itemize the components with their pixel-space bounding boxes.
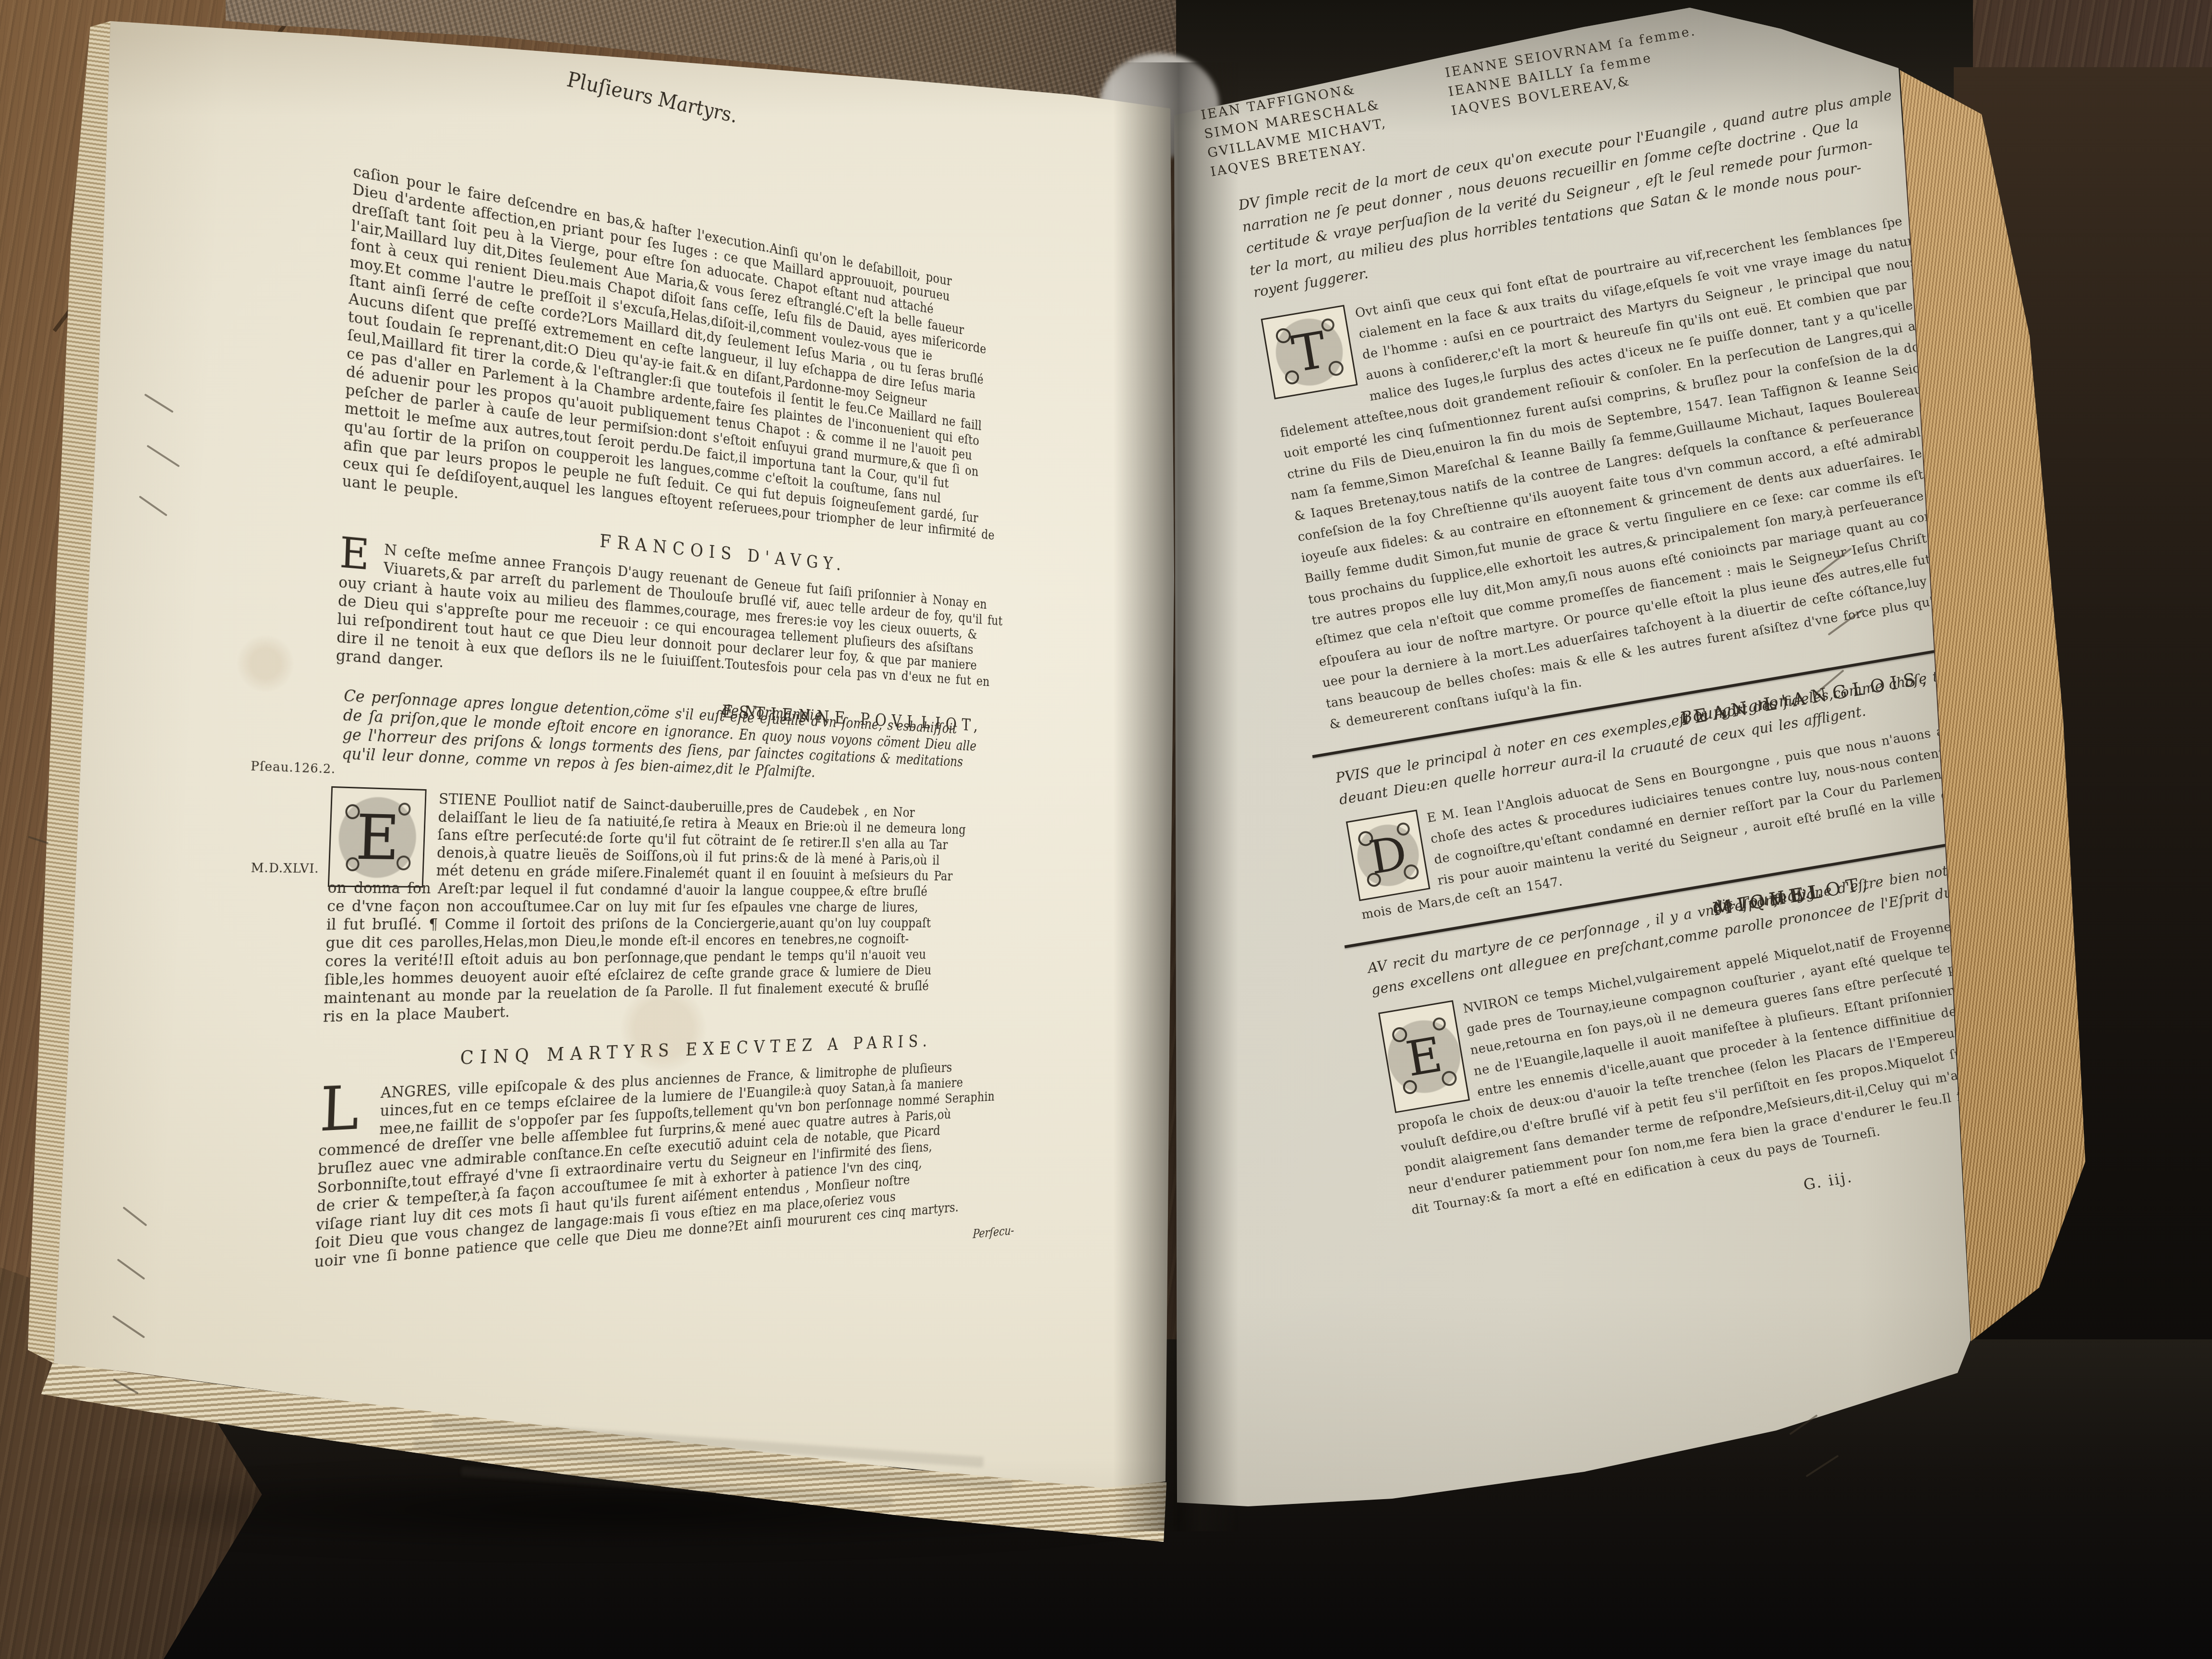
text-line: commencé de dreſſer vne belle aſſemblee … — [318, 1102, 1031, 1160]
text-line: ge l'horreur des priſons & longs torment… — [342, 725, 1047, 774]
text-line: tout ſoudain ſe reprenant,dit:O Dieu qu'… — [348, 307, 1051, 428]
text-line: ANGRES, ville epiſcopale & des plus anci… — [380, 1056, 1032, 1102]
text-line: de crier & tempeſter,à ſa façon accouſtu… — [316, 1147, 1029, 1215]
text-line: mettoit le meſme aux autres,tout ſeroit … — [345, 398, 1049, 504]
text-line: mét detenu en gráde miſere.Finalemét qua… — [436, 861, 1037, 884]
text-line: de ſa priſon,que le monde eſtoit encore … — [343, 706, 1047, 758]
drop-cap-initial: E — [339, 534, 370, 574]
margin-note-year-1546: M.D.XLVI. — [251, 861, 319, 876]
text-line: dé aduenir pour les propos qu'auoit publ… — [346, 362, 1049, 473]
text-line: delaiſſant le lieu de ſa natiuité,ſe ret… — [438, 807, 1039, 839]
text-line: ſoit Dieu que vous changez de langage:ma… — [315, 1178, 1029, 1252]
text-line: ceux qui ſe deſdiſoyent,auquel les langu… — [343, 453, 1047, 549]
text-line: denois,à quatre lieuës de Soiſſons,où il… — [436, 843, 1038, 869]
text-line: viſage riant luy dit ces mots ſi haut qu… — [315, 1163, 1029, 1234]
woodcut-initial-E: E — [328, 786, 427, 888]
text-line: Aucuns diſent que preſſé extremement en … — [349, 289, 1052, 413]
text-line: afin que par leurs propos le peuple ne f… — [343, 435, 1048, 533]
photograph-open-book: Liure 4. Pluſieurs Martyrs. caſion pour … — [0, 0, 2212, 1659]
text-line: N ceſte meſme annee François D'augy reue… — [384, 541, 1046, 617]
text-line: ſans eſtre perſecuté:de ſorte qu'il fut … — [437, 826, 1039, 854]
left-page-content: Liure 4. Pluſieurs Martyrs. caſion pour … — [225, 0, 1058, 1486]
text-line: gue dit ces parolles,Helas,mon Dieu,le m… — [325, 930, 1036, 952]
text-line: mee,ne faillit de s'oppoſer par ſes ſupp… — [379, 1086, 1031, 1138]
text-line: il fut bruſlé. ¶ Comme il ſortoit des pr… — [326, 915, 1036, 934]
text-line: Dieu d'ardente affection,en priant pour … — [352, 180, 1054, 323]
text-line: uoir vne ſi bonne patience que celle que… — [314, 1193, 1028, 1271]
text-line: caſion pour le faire deſcendre en bas,& … — [353, 162, 1055, 308]
text-line: ſtant ainſi ſerré de ceſte corde?Lors Ma… — [349, 271, 1052, 398]
text-line: dire il ne tenoit à eux que deſlors ils … — [337, 628, 1044, 693]
woodcut-letter: E — [355, 801, 401, 874]
text-line: lui reſpondirent tout haut ce que Dieu l… — [337, 610, 1044, 678]
text-line: qu'au ſortir de la priſon on coupperoit … — [344, 417, 1048, 518]
text-line: maintenant au monde par la reuelation de… — [324, 976, 1034, 1008]
heading-estienne-poulliot: ESTIENNE POVLLIOT, de Normandie. — [335, 679, 1042, 720]
text-line: de Dieu qui s'appreſte pour me receuoir … — [337, 591, 1044, 662]
heading-caps: ESTIENNE POVLLIOT, — [722, 701, 983, 735]
text-line: peſcher de parler à cauſe de leur permiſ… — [345, 380, 1049, 488]
text-line: grand danger. — [336, 646, 1043, 708]
text-line: ris en la place Maubert. — [323, 991, 1034, 1025]
heading-francois-daugy: FRANCOIS D'AVGY. — [340, 505, 1046, 594]
text-line: font à ceux qui renient Dieu.mais Chapot… — [350, 234, 1053, 368]
text-line: cores la verité!Il eſtoit aduis au bon p… — [325, 945, 1035, 970]
text-line: moy.Et comme l'autre le preſſoit il s'ex… — [349, 252, 1052, 383]
text-line: bruſlez auec vne admirable conſtance.En … — [317, 1117, 1030, 1178]
text-line: uinces,fut en ce temps eſclairee de la l… — [380, 1071, 1032, 1119]
text-line: qu'il leur donne, comme vn repos à ſes b… — [341, 744, 1046, 790]
heading-cinq-martyrs: CINQ MARTYRS EXECVTEZ A PARIS. — [321, 1028, 1033, 1074]
margin-note-psalm: Pſeau.126.2. — [251, 759, 336, 777]
paragraph-continuation: caſion pour le faire deſcendre en bas,& … — [342, 0, 1058, 564]
text-line: on donna ſon Areſt:par lequel il fut con… — [327, 878, 1037, 900]
gutter-shadow — [1114, 62, 1238, 1531]
text-line: ce pas d'aller en Parlement à la Chambre… — [347, 344, 1050, 458]
text-line: ouy criant à haute voix au milieu des fl… — [338, 573, 1045, 648]
paragraph-estienne: E STIENE Poulliot natif de Sainct-dauber… — [323, 786, 1040, 1026]
paragraph-cinq-martyrs: L ANGRES, ville epiſcopale & des plus an… — [314, 1056, 1032, 1271]
heading-italic: de Normandie. — [722, 701, 828, 724]
text-line: uant le peuple. — [342, 472, 1047, 564]
text-line: dreſſaſt tant ſoit peu à la Vierge, pour… — [351, 198, 1053, 338]
paragraph-francois-daugy: E N ceſte meſme annee François D'augy re… — [336, 536, 1046, 708]
text-line: STIENE Poulliot natif de Sainct-dauberui… — [438, 790, 1039, 824]
text-line: ſeul,Maillard fit tirer la corde,& l'eſt… — [347, 325, 1050, 443]
text-line: Ce perſonnage apres longue detention,cöm… — [344, 686, 1048, 742]
text-line: ce d'vne façon non accouſtumee.Car on lu… — [327, 897, 1037, 915]
preamble-estienne: Ce perſonnage apres longue detention,cöm… — [341, 686, 1048, 790]
drop-cap-initial-L: L — [319, 1082, 360, 1137]
catchword: Perſecu- — [231, 1224, 1014, 1313]
text-line: ſible,les hommes deuoyent auoir eſté eſc… — [324, 961, 1035, 989]
text-line: Sorbonniſte,tout effrayé d'vne ſi extrao… — [317, 1132, 1030, 1197]
text-line: Viuarets,& par arreſt du parlement de Th… — [383, 558, 1045, 632]
text-line: l'air,Maillard luy dit,Dites ſeulement A… — [351, 216, 1053, 352]
